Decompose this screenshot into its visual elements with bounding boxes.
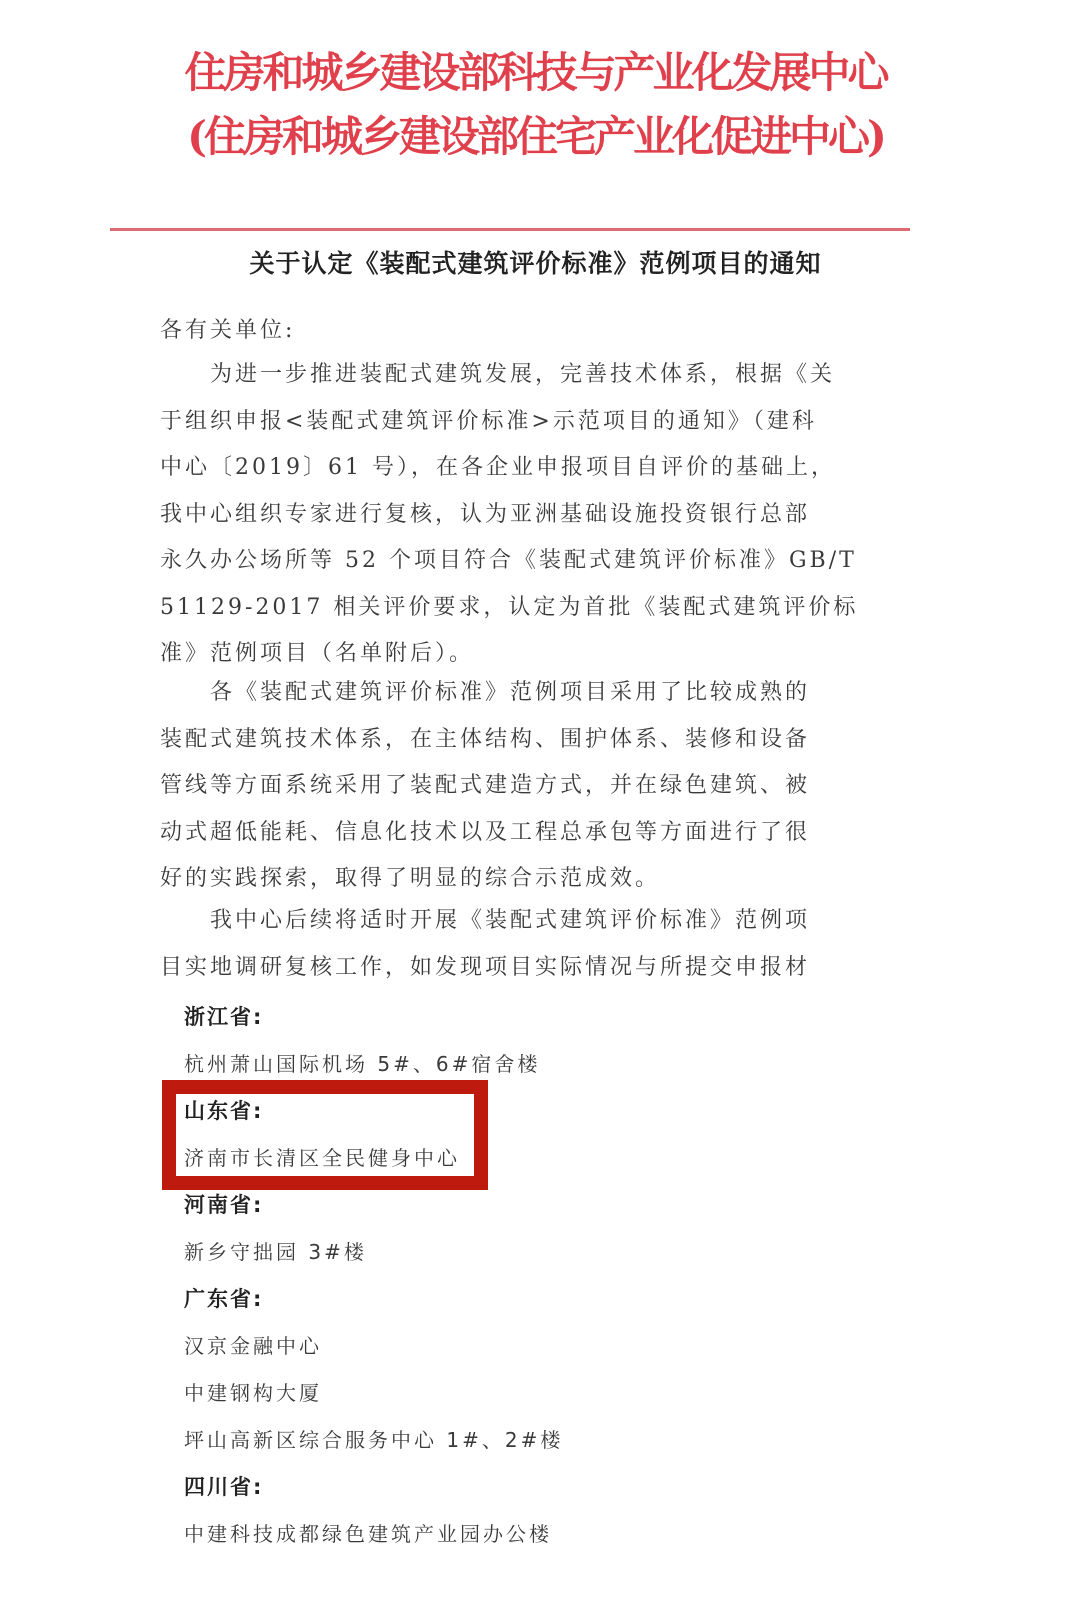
paragraph-line: 各《装配式建筑评价标准》范例项目采用了比较成熟的 [160,670,890,717]
province-heading: 四川省: [184,1464,563,1511]
paragraph-line: 我中心组织专家进行复核，认为亚洲基础设施投资银行总部 [160,492,890,539]
salutation: 各有关单位: [160,308,890,355]
highlight-box [162,1080,488,1190]
paragraph-line: 于组织申报<装配式建筑评价标准>示范项目的通知》（建科 [160,399,890,446]
project-item: 中建钢构大厦 [184,1370,563,1417]
paragraph-line: 中心〔2019〕61 号），在各企业申报项目自评价的基础上， [160,445,890,492]
project-item: 中建科技成都绿色建筑产业园办公楼 [184,1511,563,1558]
paragraph-line: 永久办公场所等 52 个项目符合《装配式建筑评价标准》GB/T [160,538,890,585]
header-divider [110,228,910,231]
paragraph-line: 装配式建筑技术体系，在主体结构、围护体系、装修和设备 [160,717,890,764]
paragraph-line: 目实地调研复核工作，如发现项目实际情况与所提交申报材 [160,945,890,992]
paragraph-line: 我中心后续将适时开展《装配式建筑评价标准》范例项 [160,898,890,945]
project-item: 汉京金融中心 [184,1323,563,1370]
province-heading: 广东省: [184,1276,563,1323]
paragraph-line: 管线等方面系统采用了装配式建造方式，并在绿色建筑、被 [160,763,890,810]
paragraph-line: 好的实践探索，取得了明显的综合示范成效。 [160,856,890,903]
project-item: 新乡守拙园 3#楼 [184,1229,563,1276]
project-item: 坪山高新区综合服务中心 1#、2#楼 [184,1417,563,1464]
paragraph-line: 51129-2017 相关评价要求，认定为首批《装配式建筑评价标 [160,585,890,632]
project-list: 浙江省: 杭州萧山国际机场 5#、6#宿舍楼 山东省: 济南市长清区全民健身中心… [184,994,563,1558]
paragraph-2: 各《装配式建筑评价标准》范例项目采用了比较成熟的 装配式建筑技术体系，在主体结构… [160,670,890,903]
province-heading: 浙江省: [184,994,563,1041]
org-name-primary: 住房和城乡建设部科技与产业化发展中心 [0,40,1071,100]
paragraph-3: 我中心后续将适时开展《装配式建筑评价标准》范例项 目实地调研复核工作，如发现项目… [160,898,890,991]
paragraph-line: 动式超低能耗、信息化技术以及工程总承包等方面进行了很 [160,810,890,857]
paragraph-1: 为进一步推进装配式建筑发展，完善技术体系，根据《关 于组织申报<装配式建筑评价标… [160,352,890,678]
document-title: 关于认定《装配式建筑评价标准》范例项目的通知 [0,244,1071,280]
paragraph-line: 为进一步推进装配式建筑发展，完善技术体系，根据《关 [160,352,890,399]
org-name-secondary: (住房和城乡建设部住宅产业化促进中心) [0,104,1071,164]
